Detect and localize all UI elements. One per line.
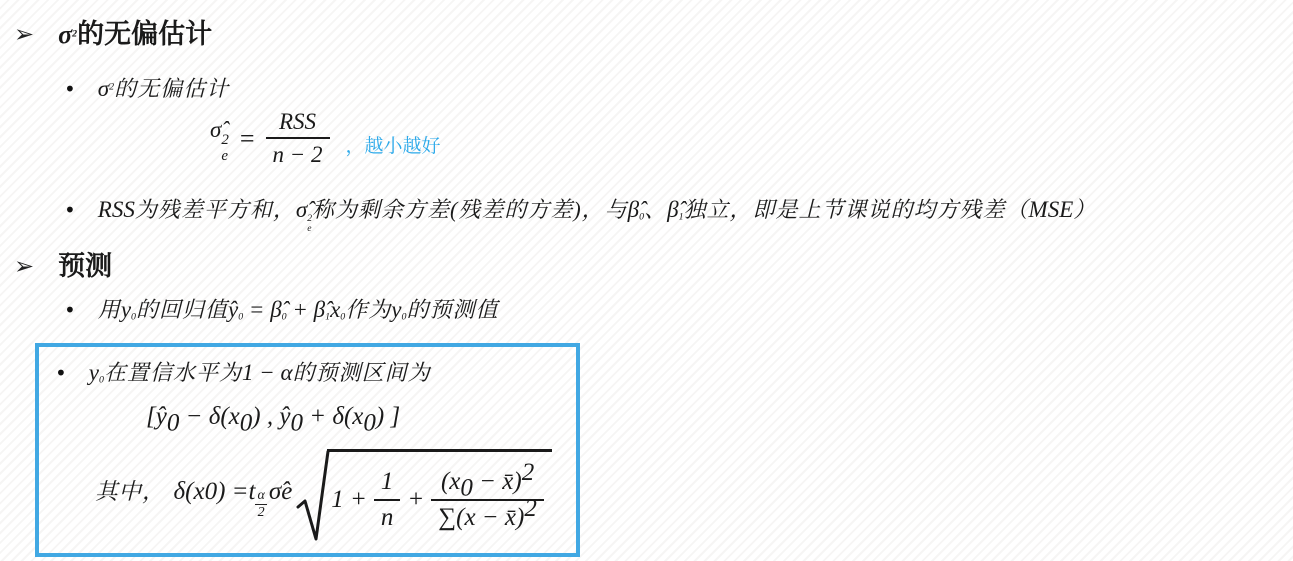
arrow-bullet-icon: ➢ (14, 20, 34, 48)
bullet-rss-explanation: • RSS为残差平方和，σ̂2e称为剩余方差(残差的方差)，与β̂0、β̂1独立… (64, 193, 1096, 234)
one-over-n-fraction: 1 n (374, 469, 401, 531)
bullet-sigma-estimate: • σ2的无偏估计 (64, 72, 229, 103)
fraction-numerator: 1 (374, 469, 401, 498)
dot-bullet-icon: • (64, 198, 76, 222)
square-root: 1 + 1 n + (x0 − x̄)2 ∑(x − x̄)2 (296, 449, 552, 545)
plus-sign: + (407, 486, 424, 514)
bullet-regression-prediction: • 用y0的回归值ŷ0 = β̂0 + β̂1x0作为y0的预测值 (64, 293, 498, 324)
interval-formula: [ŷ0 − δ(x0) , ŷ0 + δ(x0) ] (146, 403, 400, 431)
dot-bullet-icon: • (64, 298, 76, 322)
sigma-hat-formula: σ̂2e = RSS n − 2 ，越小越好 (210, 110, 441, 167)
bullet-regression-prediction-text: 用y0的回归值ŷ0 = β̂0 + β̂1x0作为y0的预测值 (98, 293, 499, 324)
section-heading-sigma-text: σ2的无偏估计 (58, 12, 212, 51)
fraction-denominator: n (374, 499, 401, 531)
delta-formula-prefix: 其中，δ(x0) = tα2σ̂e (95, 474, 292, 521)
section-heading-sigma: ➢ σ2的无偏估计 (14, 12, 212, 51)
radicand: 1 + 1 n + (x0 − x̄)2 ∑(x − x̄)2 (327, 449, 552, 545)
dot-bullet-icon: • (64, 77, 76, 101)
fraction-denominator: ∑(x − x̄)2 (431, 499, 544, 531)
section-heading-predict-text: 预测 (58, 244, 112, 283)
bullet-sigma-estimate-text: σ2的无偏估计 (98, 72, 229, 103)
bullet-rss-explanation-text: RSS为残差平方和，σ̂2e称为剩余方差(残差的方差)，与β̂0、β̂1独立，即… (98, 193, 1096, 234)
formula-lhs: σ̂2e (210, 113, 229, 164)
dot-bullet-icon: • (55, 361, 67, 385)
interval-formula-text: [ŷ0 − δ(x0) , ŷ0 + δ(x0) ] (146, 403, 400, 431)
radical-sign-icon (296, 449, 330, 545)
highlight-box: • y0在置信水平为1 − α的预测区间为 [ŷ0 − δ(x0) , ŷ0 +… (35, 343, 580, 557)
bullet-prediction-interval-text: y0在置信水平为1 − α的预测区间为 (89, 356, 431, 387)
deviation-ratio-fraction: (x0 − x̄)2 ∑(x − x̄)2 (431, 469, 544, 531)
smaller-is-better-note: ，越小越好 (346, 131, 441, 158)
equals-sign: = (240, 124, 255, 154)
bullet-prediction-interval: • y0在置信水平为1 − α的预测区间为 (55, 356, 431, 387)
radicand-one-plus: 1 + (331, 486, 367, 514)
rss-fraction: RSS n − 2 (266, 110, 330, 167)
section-heading-predict: ➢ 预测 (14, 244, 112, 283)
slide-background: ➢ σ2的无偏估计 • σ2的无偏估计 σ̂2e = RSS n − 2 ，越小… (0, 0, 1293, 561)
fraction-numerator: RSS (266, 110, 330, 137)
arrow-bullet-icon: ➢ (14, 252, 34, 280)
fraction-denominator: n − 2 (266, 137, 330, 167)
delta-formula: 其中，δ(x0) = tα2σ̂e 1 + 1 n + (x0 − x̄)2 ∑… (95, 449, 552, 545)
